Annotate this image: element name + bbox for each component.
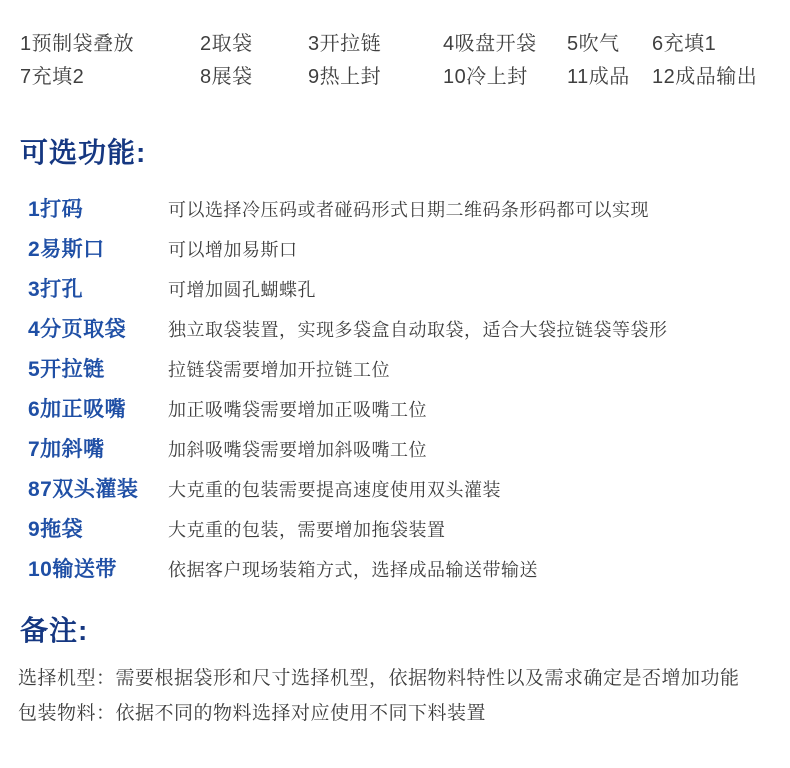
feature-description: 依据客户现场装箱方式，选择成品输送带输送 — [168, 556, 538, 582]
feature-row: 3打孔 可增加圆孔蝴蝶孔 — [28, 273, 790, 313]
feature-row: 87双头灌装 大克重的包装需要提高速度使用双头灌装 — [28, 473, 790, 513]
feature-label: 10输送带 — [28, 553, 168, 583]
feature-row: 5开拉链 拉链袋需要增加开拉链工位 — [28, 353, 790, 393]
feature-row: 6加正吸嘴 加正吸嘴袋需要增加正吸嘴工位 — [28, 393, 790, 433]
station-sequence: 1预制袋叠放 2取袋 3开拉链 4吸盘开袋 5吹气 6充填1 7充填2 8展袋 … — [0, 0, 790, 94]
station-label: 8展袋 — [200, 61, 308, 94]
station-label: 11成品 — [567, 61, 652, 94]
feature-label: 6加正吸嘴 — [28, 393, 168, 423]
station-label: 2取袋 — [200, 28, 308, 61]
remark-note: 选择机型：需要根据袋形和尺寸选择机型，依据物料特性以及需求确定是否增加功能 — [18, 661, 790, 696]
feature-label: 5开拉链 — [28, 353, 168, 383]
feature-description: 加正吸嘴袋需要增加正吸嘴工位 — [168, 396, 427, 422]
feature-label: 7加斜嘴 — [28, 433, 168, 463]
feature-label: 4分页取袋 — [28, 313, 168, 343]
station-label: 12成品输出 — [652, 61, 790, 94]
feature-description: 可增加圆孔蝴蝶孔 — [168, 276, 316, 302]
feature-label: 9拖袋 — [28, 513, 168, 543]
remarks-heading: 备注: — [0, 617, 790, 645]
station-row-1: 1预制袋叠放 2取袋 3开拉链 4吸盘开袋 5吹气 6充填1 — [20, 28, 790, 61]
feature-description: 拉链袋需要增加开拉链工位 — [168, 356, 390, 382]
feature-label: 2易斯口 — [28, 233, 168, 263]
station-label: 3开拉链 — [308, 28, 443, 61]
product-detail-page: 1预制袋叠放 2取袋 3开拉链 4吸盘开袋 5吹气 6充填1 7充填2 8展袋 … — [0, 0, 790, 768]
station-label: 5吹气 — [567, 28, 652, 61]
feature-description: 可以增加易斯口 — [168, 236, 298, 262]
station-label: 6充填1 — [652, 28, 790, 61]
feature-row: 7加斜嘴 加斜吸嘴袋需要增加斜吸嘴工位 — [28, 433, 790, 473]
station-label: 10冷上封 — [443, 61, 567, 94]
remark-note: 包装物料：依据不同的物料选择对应使用不同下料装置 — [18, 696, 790, 731]
optional-functions-heading: 可选功能: — [0, 139, 790, 167]
station-label: 7充填2 — [20, 61, 200, 94]
feature-row: 9拖袋 大克重的包装，需要增加拖袋装置 — [28, 513, 790, 553]
optional-functions-list: 1打码 可以选择冷压码或者碰码形式日期二维码条形码都可以实现 2易斯口 可以增加… — [0, 193, 790, 593]
feature-row: 4分页取袋 独立取袋装置，实现多袋盒自动取袋，适合大袋拉链袋等袋形 — [28, 313, 790, 353]
station-label: 1预制袋叠放 — [20, 28, 200, 61]
feature-description: 独立取袋装置，实现多袋盒自动取袋，适合大袋拉链袋等袋形 — [168, 316, 668, 342]
feature-label: 1打码 — [28, 193, 168, 223]
feature-row: 1打码 可以选择冷压码或者碰码形式日期二维码条形码都可以实现 — [28, 193, 790, 233]
feature-row: 2易斯口 可以增加易斯口 — [28, 233, 790, 273]
station-label: 4吸盘开袋 — [443, 28, 567, 61]
feature-description: 加斜吸嘴袋需要增加斜吸嘴工位 — [168, 436, 427, 462]
feature-label: 3打孔 — [28, 273, 168, 303]
feature-description: 大克重的包装，需要增加拖袋装置 — [168, 516, 446, 542]
station-label: 9热上封 — [308, 61, 443, 94]
remarks-notes: 选择机型：需要根据袋形和尺寸选择机型，依据物料特性以及需求确定是否增加功能 包装… — [0, 661, 790, 731]
feature-description: 可以选择冷压码或者碰码形式日期二维码条形码都可以实现 — [168, 196, 649, 222]
feature-description: 大克重的包装需要提高速度使用双头灌装 — [168, 476, 501, 502]
feature-row: 10输送带 依据客户现场装箱方式，选择成品输送带输送 — [28, 553, 790, 593]
station-row-2: 7充填2 8展袋 9热上封 10冷上封 11成品 12成品输出 — [20, 61, 790, 94]
feature-label: 87双头灌装 — [28, 473, 168, 503]
